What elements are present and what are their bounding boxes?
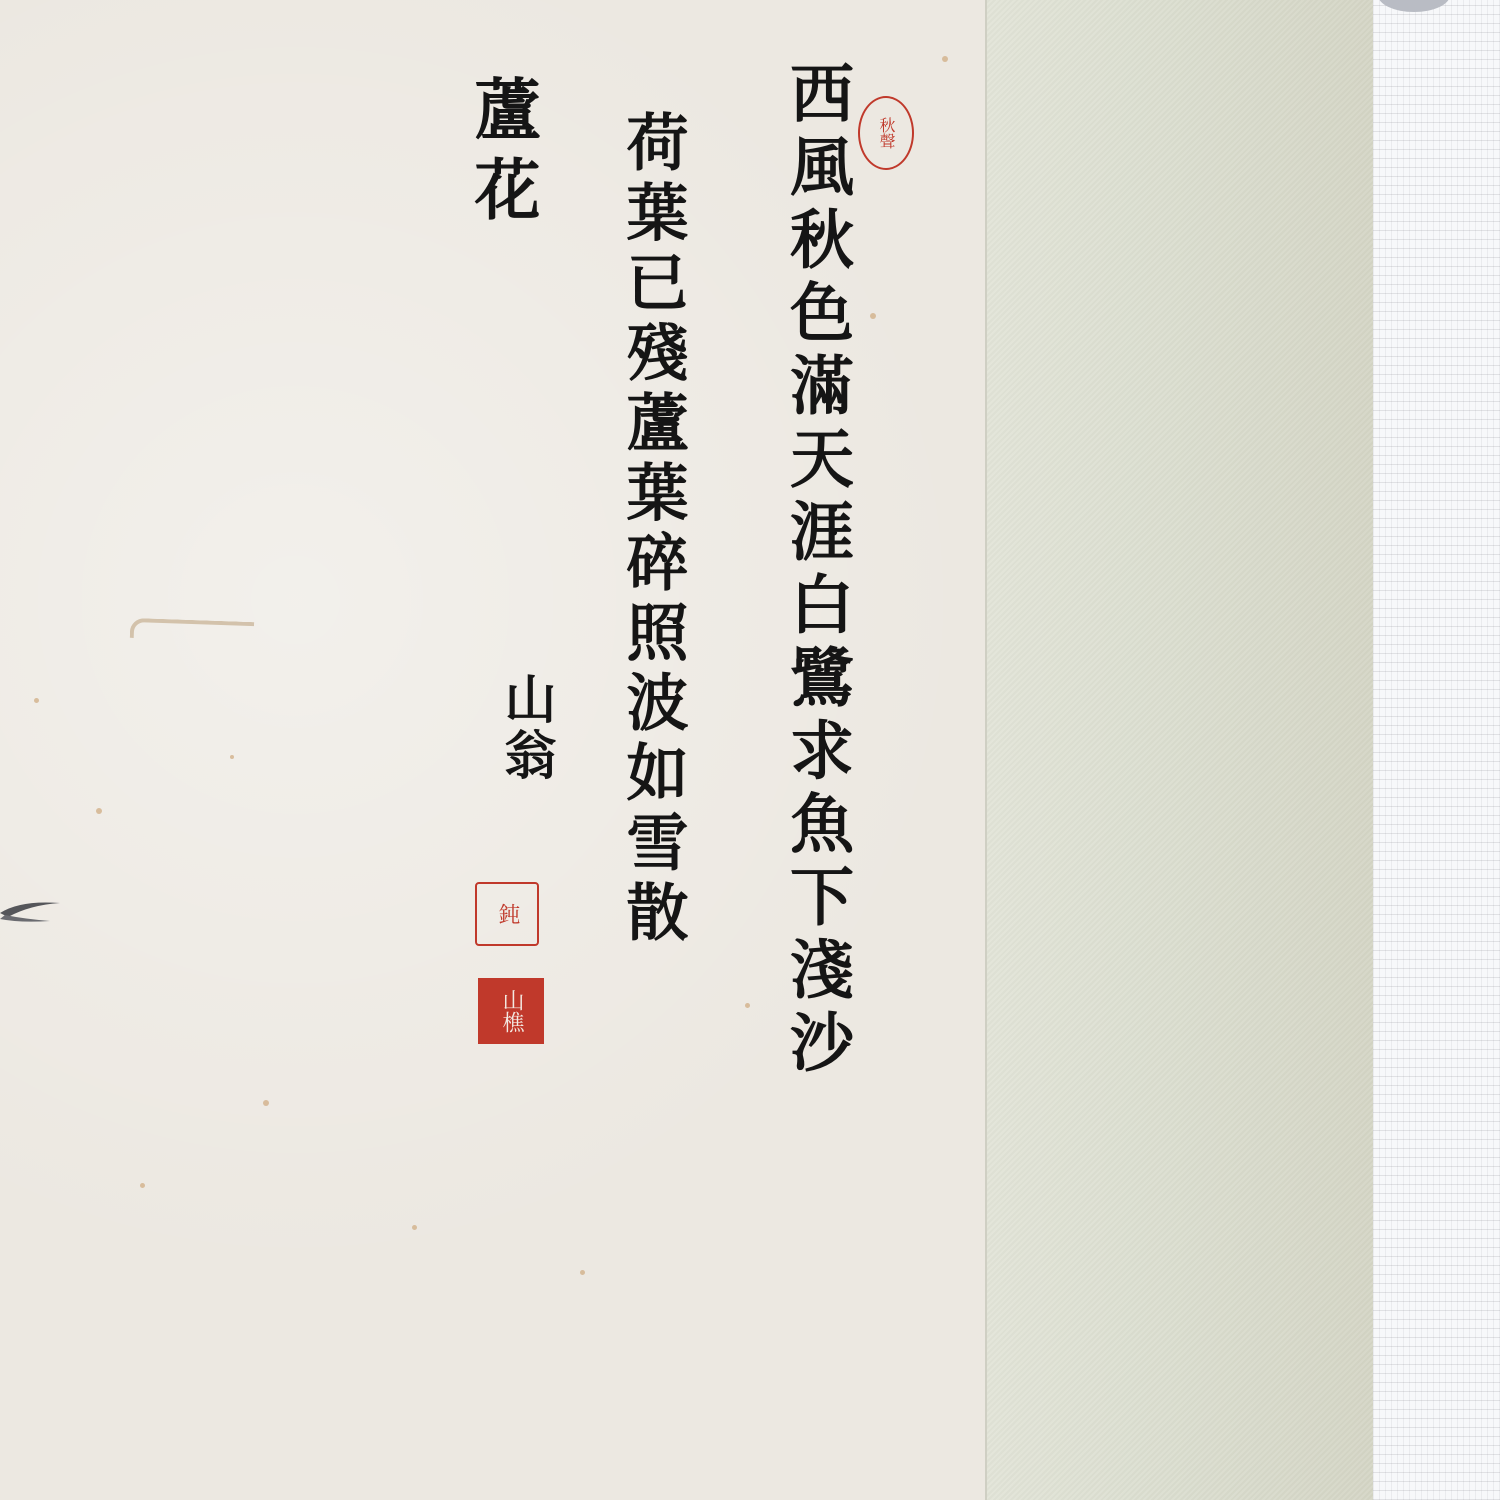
paper-speck: [412, 1225, 417, 1230]
textured-wall: [1373, 0, 1500, 1500]
paper-speck: [580, 1270, 585, 1275]
artist-signature: 山翁: [488, 672, 563, 784]
square-seal-2: 山樵: [478, 978, 544, 1044]
paper-speck: [942, 56, 948, 62]
silk-mount: [985, 0, 1373, 1500]
paper-speck: [263, 1100, 269, 1106]
paper-speck: [96, 808, 102, 814]
paper-speck: [745, 1003, 750, 1008]
paper-speck: [870, 313, 876, 319]
mount-edge: [985, 0, 987, 1500]
oval-seal: 秋聲: [858, 96, 914, 170]
partial-painting-stroke: [0, 895, 60, 925]
paper-speck: [230, 755, 234, 759]
paper-speck: [34, 698, 39, 703]
square-seal-1: 鈍: [475, 882, 539, 946]
calligraphy-column-1: 西風秋色滿天涯白鷺求魚下淺沙: [770, 60, 862, 1082]
calligraphy-column-2: 荷葉已殘蘆葉碎照波如雪散: [608, 110, 697, 950]
calligraphy-column-3: 蘆花: [455, 75, 550, 235]
paper-speck: [140, 1183, 145, 1188]
paper-fiber: [130, 618, 255, 642]
